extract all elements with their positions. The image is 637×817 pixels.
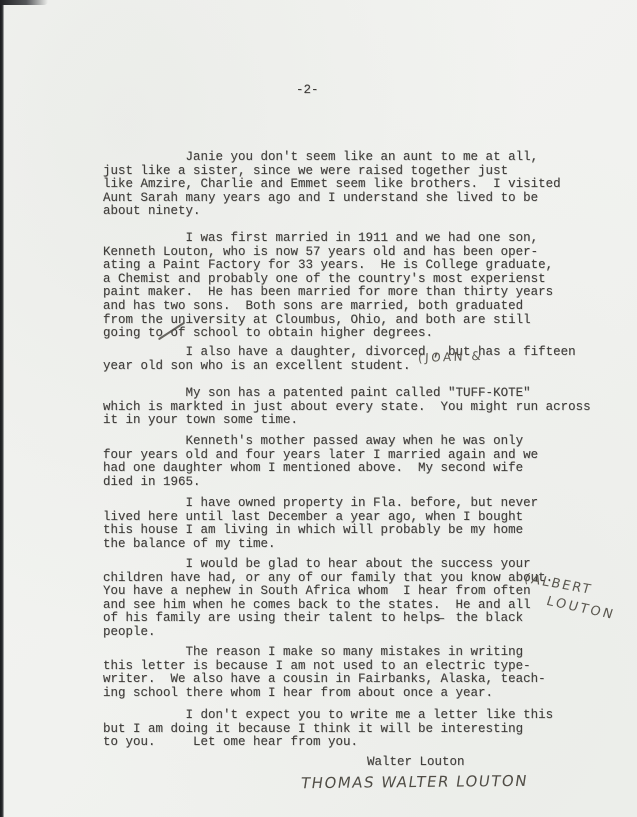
paragraph-tuff-kote: My son has a patented paint called "TUFF…	[103, 387, 591, 428]
handwritten-albert-annotation-line2: LOUTON	[544, 594, 617, 623]
paragraph-daughter: I also have a daughter, divorced , but h…	[103, 346, 576, 373]
paragraph-first-marriage: I was first married in 1911 and we had o…	[103, 232, 553, 341]
paragraph-janie: Janie you don't seem like an aunt to me …	[103, 151, 561, 219]
scan-edge-left	[0, 0, 4, 817]
handwritten-joan-annotation: (JOAN &	[418, 349, 484, 365]
typed-signature: Walter Louton	[367, 756, 465, 770]
paragraph-typewriter-mistakes: The reason I make so many mistakes in wr…	[103, 646, 546, 700]
page-number: -2-	[296, 84, 319, 98]
handwritten-signature: THOMAS WALTER LOUTON	[300, 772, 530, 792]
paragraph-kenneths-mother: Kenneth's mother passed away when he was…	[103, 435, 538, 489]
scanned-letter-page: -2- Janie you don't seem like an aunt to…	[0, 0, 637, 817]
paragraph-closing: I don't expect you to write me a letter …	[103, 709, 553, 750]
paragraph-success-nephew: I would be glad to hear about the succes…	[103, 558, 553, 640]
scan-edge-top-corner	[0, 0, 48, 5]
paragraph-florida-property: I have owned property in Fla. before, bu…	[103, 497, 538, 551]
